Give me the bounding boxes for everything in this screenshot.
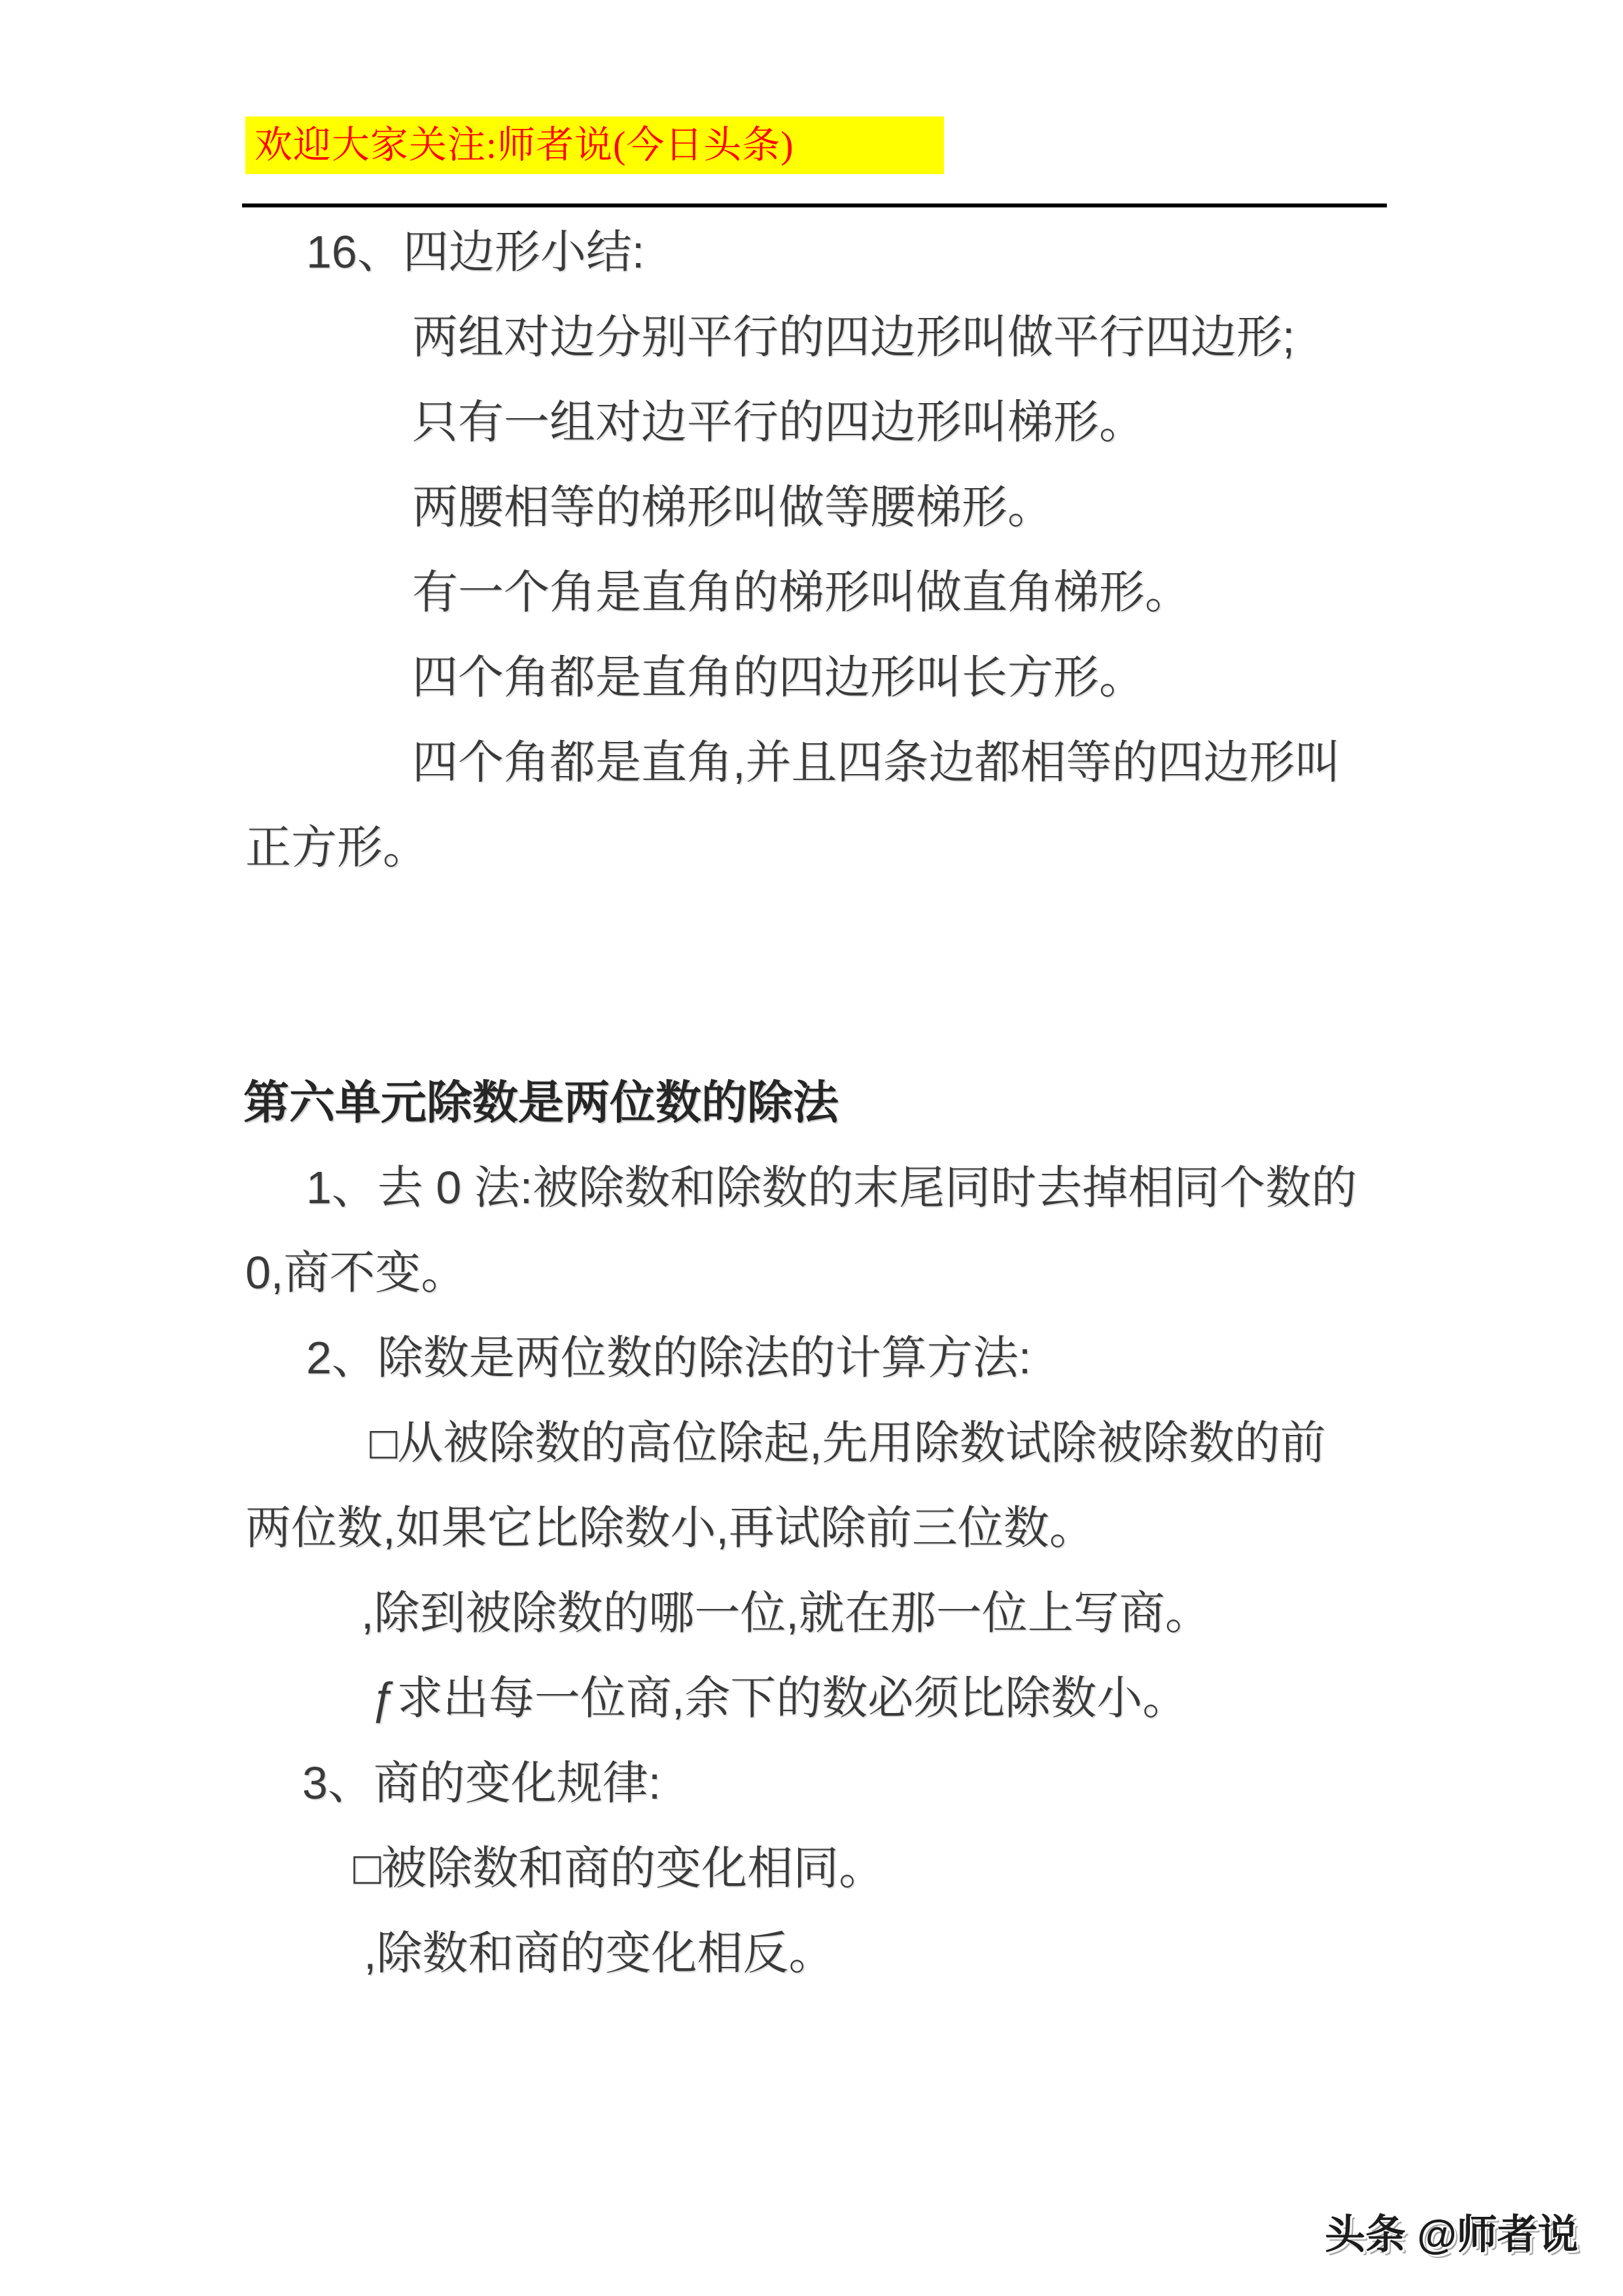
toutiao-watermark: 头条 @师者说	[1325, 2215, 1579, 2255]
text-line: ,除数和商的变化相反。	[364, 1930, 834, 1976]
text-line: 四个角都是直角,并且四条边都相等的四边形叫	[412, 739, 1340, 785]
text-line: 0,商不变。	[245, 1250, 466, 1296]
text-line: □被除数和商的变化相同。	[353, 1845, 884, 1891]
text-line: 正方形。	[245, 824, 428, 870]
text-line: 有一个角是直角的梯形叫做直角梯形。	[412, 569, 1191, 615]
text-line: ,除到被除数的哪一位,就在那一位上写商。	[361, 1590, 1211, 1636]
text-line: ƒ求出每一位商,余下的数必须比除数小。	[372, 1675, 1188, 1721]
list-item-16-title: 16、四边形小结:	[306, 229, 644, 275]
document-page: 欢迎大家关注:师者说(今日头条) 16、四边形小结: 两组对边分别平行的四边形叫…	[0, 0, 1623, 2296]
list-item-2: 2、除数是两位数的除法的计算方法:	[306, 1335, 1031, 1381]
text-line: □从被除数的高位除起,先用除数试除被除数的前	[370, 1420, 1326, 1466]
welcome-banner: 欢迎大家关注:师者说(今日头条)	[245, 116, 944, 174]
text-line: 两组对边分别平行的四边形叫做平行四边形;	[412, 314, 1295, 360]
divider-line	[242, 203, 1387, 207]
unit-heading: 第六单元除数是两位数的除法	[243, 1080, 839, 1125]
text-line: 两位数,如果它比除数小,再试除前三位数。	[245, 1505, 1095, 1551]
list-item-1: 1、去 0 法:被除数和除数的末尾同时去掉相同个数的	[306, 1165, 1357, 1210]
text-line: 只有一组对边平行的四边形叫梯形。	[412, 399, 1145, 445]
text-line: 两腰相等的梯形叫做等腰梯形。	[412, 484, 1053, 530]
list-item-3: 3、商的变化规律:	[302, 1760, 661, 1806]
text-line: 四个角都是直角的四边形叫长方形。	[412, 654, 1145, 700]
